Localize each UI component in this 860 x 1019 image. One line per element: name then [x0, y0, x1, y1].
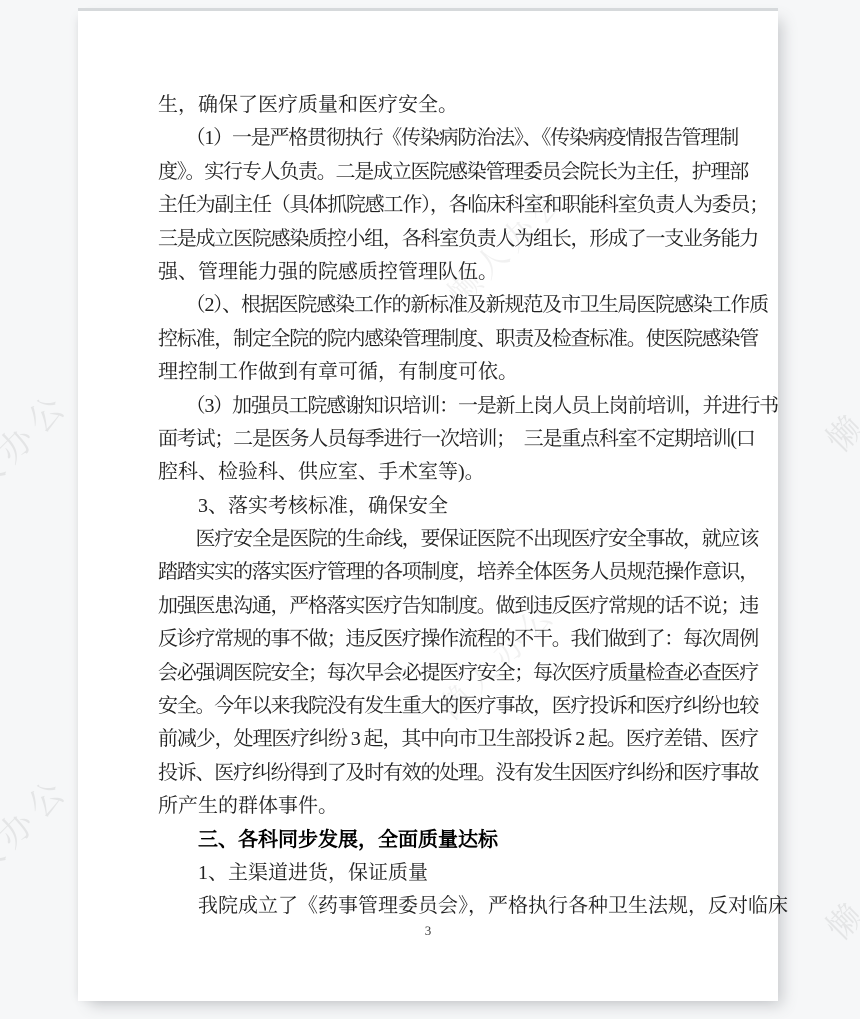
text-line: 控标准，制定全院的院内感染管理制度、职责及检查标准。使医院感染管: [158, 323, 758, 356]
document-page: 懒人办公 懒人办公 生，确保了医疗质量和医疗安全。 （1）一是严格贯彻执行《传染…: [78, 8, 778, 1001]
text-line: 三、各科同步发展，全面质量达标: [158, 824, 498, 857]
text-line: 三是成立医院感染质控小组，各科室负责人为组长，形成了一支业务能力: [158, 223, 758, 256]
text-line: 生，确保了医疗质量和医疗安全。: [158, 89, 458, 122]
page-content: 生，确保了医疗质量和医疗安全。 （1）一是严格贯彻执行《传染病防治法》、《传染病…: [78, 11, 718, 924]
text-line: 面考试；二是医务人员每季进行一次培训； 三是重点科室不定期培训(口: [158, 423, 755, 456]
paragraph: （1）一是严格贯彻执行《传染病防治法》、《传染病疫情报告管理制度》。实行专人负责…: [158, 122, 718, 289]
watermark-text: 懒人办公: [0, 763, 79, 916]
text-line: 医疗安全是医院的生命线，要保证医院不出现医疗安全事故，就应该: [158, 523, 758, 556]
text-line: 投诉、医疗纠纷得到了及时有效的处理。没有发生因医疗纠纷和医疗事故: [158, 757, 758, 790]
text-line: 踏踏实实的落实医疗管理的各项制度，培养全体医务人员规范操作意识，: [158, 556, 758, 589]
text-line: 1、主渠道进货，保证质量: [158, 857, 428, 890]
text-line: 安全。今年以来我院没有发生重大的医疗事故，医疗投诉和医疗纠纷也较: [158, 690, 758, 723]
text-line: 加强医患沟通，严格落实医疗告知制度。做到违反医疗常规的话不说；违: [158, 590, 758, 623]
document-viewer: 懒人办公 懒人办公 懒人办公 懒人办公 懒人办公 懒人办公 生，确保了医疗质量和…: [0, 0, 860, 1019]
watermark-text: 懒人办公: [0, 378, 79, 531]
text-line: 反诊疗常规的事不做；违反医疗操作流程的不干。我们做到了：每次周例: [158, 623, 758, 656]
watermark-text: 懒人办公: [813, 308, 860, 461]
text-line: （3）加强员工院感谢知识培训：一是新上岗人员上岗前培训，并进行书: [158, 390, 758, 423]
paragraph: 1、主渠道进货，保证质量: [158, 857, 718, 890]
section-heading: 三、各科同步发展，全面质量达标: [158, 824, 718, 857]
text-line: 会必强调医院安全；每次早会必提医疗安全；每次医疗质量检查必查医疗: [158, 657, 758, 690]
text-line: （1）一是严格贯彻执行《传染病防治法》、《传染病疫情报告管理制: [158, 122, 738, 155]
paragraph: （3）加强员工院感谢知识培训：一是新上岗人员上岗前培训，并进行书面考试；二是医务…: [158, 390, 718, 490]
text-line: 所产生的群体事件。: [158, 790, 338, 823]
watermark-text: 懒人办公: [813, 796, 860, 949]
text-line: 强、管理能力强的院感质控管理队伍。: [158, 256, 498, 289]
paragraph: 我院成立了《药事管理委员会》，严格执行各种卫生法规，反对临床: [158, 890, 718, 923]
text-line: 3、落实考核标准，确保安全: [158, 490, 448, 523]
text-line: 主任为副主任（具体抓院感工作），各临床科室和职能科室负责人为委员；: [158, 189, 758, 222]
text-line: 度》。实行专人负责。二是成立医院感染管理委员会院长为主任，护理部: [158, 156, 748, 189]
page-number: 3: [78, 923, 778, 939]
paragraph: 生，确保了医疗质量和医疗安全。: [158, 89, 718, 122]
text-line: 我院成立了《药事管理委员会》，严格执行各种卫生法规，反对临床: [158, 890, 758, 923]
text-line: （2）、根据医院感染工作的新标准及新规范及市卫生局医院感染工作质: [158, 289, 758, 322]
text-line: 前减少，处理医疗纠纷 3 起，其中向市卫生部投诉 2 起。医疗差错、医疗: [158, 723, 758, 756]
paragraph: （2）、根据医院感染工作的新标准及新规范及市卫生局医院感染工作质控标准，制定全院…: [158, 289, 718, 389]
text-line: 理控制工作做到有章可循，有制度可依。: [158, 356, 518, 389]
paragraph: 医疗安全是医院的生命线，要保证医院不出现医疗安全事故，就应该踏踏实实的落实医疗管…: [158, 523, 718, 824]
paragraph: 3、落实考核标准，确保安全: [158, 490, 718, 523]
text-line: 腔科、检验科、供应室、手术室等)。: [158, 456, 485, 489]
